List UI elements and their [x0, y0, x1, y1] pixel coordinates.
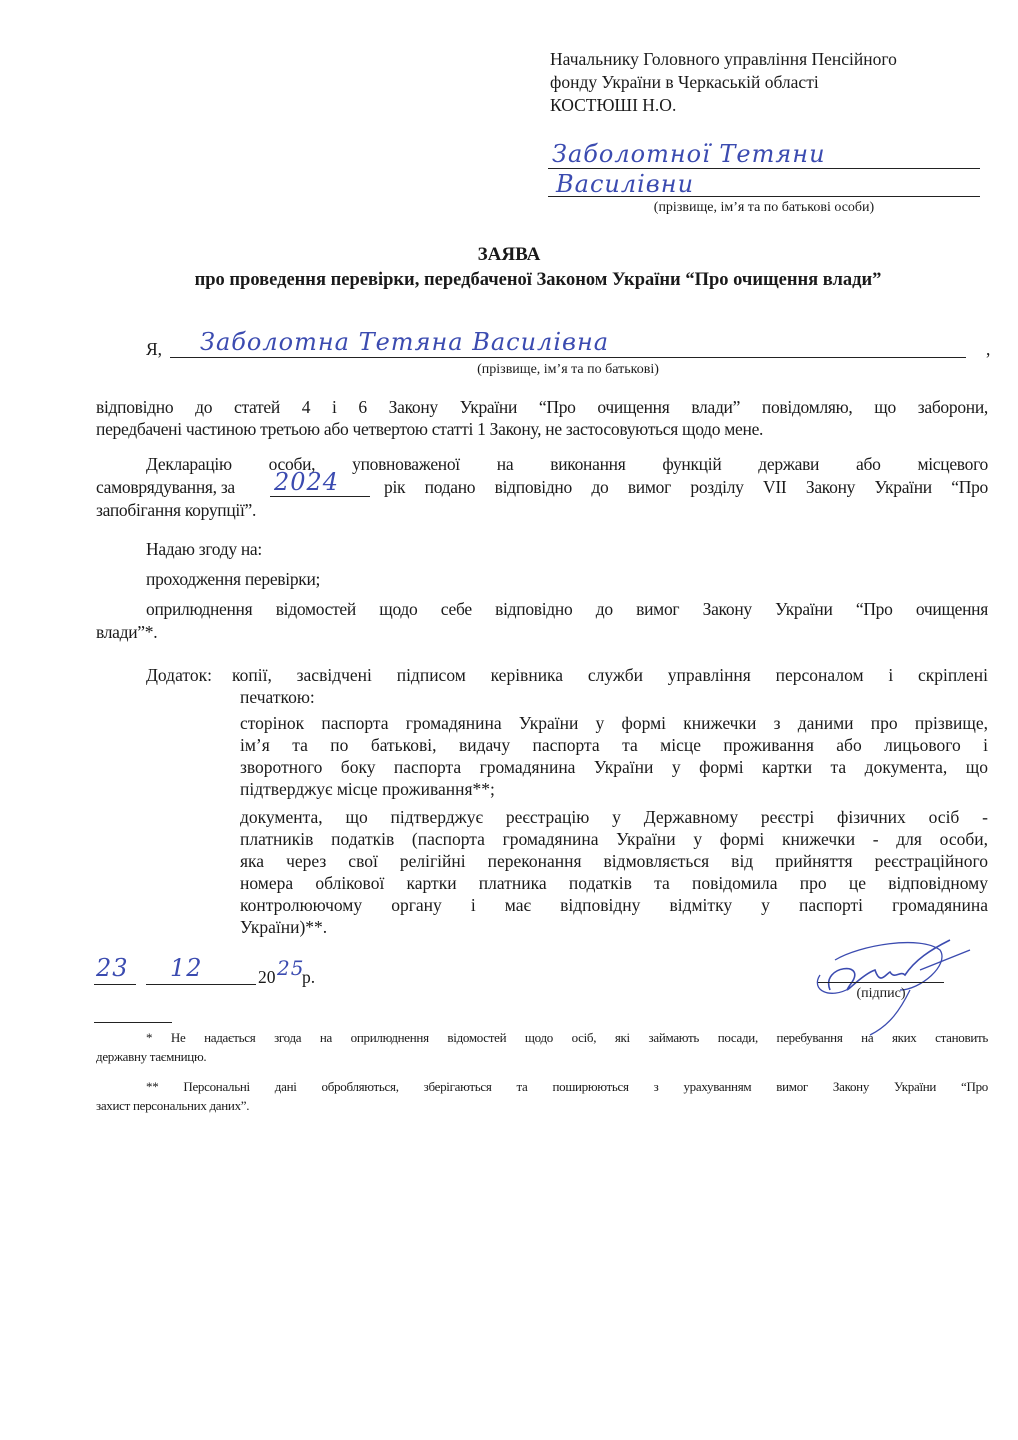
- footnote-separator: [94, 1022, 172, 1023]
- appendix-item2-line-4: номера облікової картки платника податкі…: [240, 872, 988, 894]
- para2-line-2a: самоврядування, за: [96, 476, 235, 498]
- addressee-line-3: КОСТЮШІ Н.О.: [550, 94, 676, 116]
- para2-line-3: запобігання корупції”.: [96, 499, 256, 521]
- appendix-item1-line-1: сторінок паспорта громадянина України у …: [240, 712, 988, 734]
- signature-underline: [818, 982, 944, 983]
- applicant-name-handwritten-1: Заболотної Тетяни: [552, 140, 826, 168]
- appendix-item1-line-3: зворотного боку паспорта громадянина Укр…: [240, 756, 988, 778]
- appendix-label: Додаток:: [146, 664, 212, 686]
- addressee-line-1: Начальнику Головного управління Пенсійно…: [550, 48, 897, 70]
- declarant-name-handwritten: Заболотна Тетяна Василівна: [200, 328, 609, 356]
- applicant-name-underline-1: [548, 168, 980, 169]
- appendix-item2-line-1: документа, що підтверджує реєстрацію у Д…: [240, 806, 988, 828]
- date-year-suffix-handwritten: 25: [277, 956, 304, 980]
- consent-item-2-line-2: влади”*.: [96, 621, 157, 643]
- declarant-suffix: ,: [986, 338, 990, 360]
- date-month-handwritten: 12: [170, 954, 203, 982]
- applicant-name-underline-2: [548, 196, 980, 197]
- para2-line-1: Декларацію особи, уповноваженої на викон…: [146, 453, 988, 475]
- declaration-year-underline: [270, 496, 370, 497]
- appendix-intro-line-1: копії, засвідчені підписом керівника слу…: [232, 664, 988, 686]
- applicant-name-handwritten-2: Василівни: [556, 170, 694, 198]
- declarant-caption: (прізвище, ім’я та по батькові): [170, 362, 966, 378]
- para2-line-2b: рік подано відповідно до вимог розділу V…: [384, 476, 988, 498]
- application-document: Начальнику Головного управління Пенсійно…: [0, 0, 1018, 1440]
- footnote-2-line-1: ** Персональні дані обробляються, зберіг…: [146, 1079, 988, 1095]
- declaration-year-handwritten: 2024: [274, 468, 339, 496]
- footnote-2-line-2: захист персональних даних”.: [96, 1098, 249, 1114]
- footnote-1-line-1: * Не надається згода на оприлюднення від…: [146, 1030, 988, 1046]
- document-subtitle: про проведення перевірки, передбаченої З…: [88, 270, 988, 291]
- date-year-prefix: 20: [258, 966, 276, 988]
- date-month-underline: [146, 984, 256, 985]
- appendix-item2-line-6: України)**.: [240, 916, 327, 938]
- date-day-underline: [94, 984, 136, 985]
- para1-line-1: відповідно до статей 4 і 6 Закону Україн…: [96, 396, 988, 418]
- appendix-item1-line-4: підтверджує місце проживання**;: [240, 778, 495, 800]
- appendix-item2-line-2: платників податків (паспорта громадянина…: [240, 828, 988, 850]
- appendix-item2-line-5: контролюючому органу і має відповідну ві…: [240, 894, 988, 916]
- consent-intro: Надаю згоду на:: [146, 538, 262, 560]
- date-year-end: р.: [302, 966, 315, 988]
- declarant-name-underline: [170, 357, 966, 358]
- consent-item-1: проходження перевірки;: [146, 568, 320, 590]
- addressee-line-2: фонду України в Черкаській області: [550, 71, 819, 93]
- document-title: ЗАЯВА: [0, 244, 1018, 266]
- date-day-handwritten: 23: [96, 954, 129, 982]
- signature-scribble-icon: [790, 930, 990, 1040]
- appendix-item1-line-2: ім’я та по батькові, видачу паспорта та …: [240, 734, 988, 756]
- para1-line-2: передбачені частиною третьою або четверт…: [96, 418, 763, 440]
- signature-caption: (підпис): [818, 986, 944, 1002]
- declarant-prefix: Я,: [146, 338, 162, 360]
- footnote-1-line-2: державну таємницю.: [96, 1049, 206, 1065]
- applicant-name-caption: (прізвище, ім’я та по батькові особи): [548, 200, 980, 216]
- consent-item-2-line-1: оприлюднення відомостей щодо себе відпов…: [146, 598, 988, 620]
- appendix-intro-line-2: печаткою:: [240, 686, 315, 708]
- appendix-item2-line-3: яка через свої релігійні переконання від…: [240, 850, 988, 872]
